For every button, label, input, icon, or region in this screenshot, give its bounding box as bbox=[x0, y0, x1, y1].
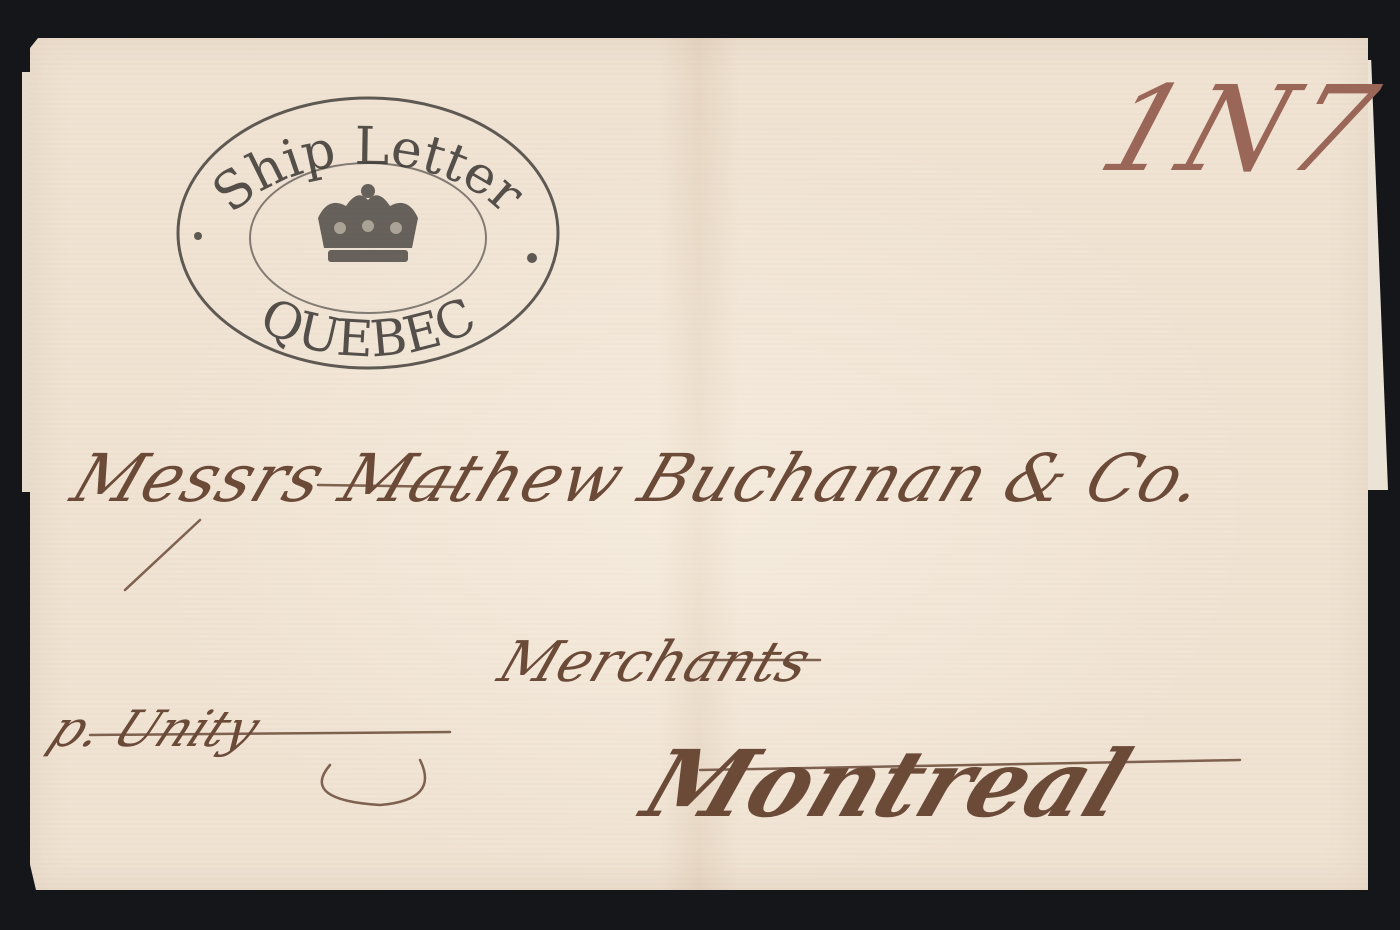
crown-icon bbox=[318, 184, 418, 262]
ship-letter-quebec-handstamp: Ship Letter QUEBEC bbox=[168, 88, 568, 378]
address-occupation: Merchants bbox=[490, 630, 819, 695]
addressee-text: Messrs Mathew Buchanan & Co. bbox=[62, 440, 1216, 517]
photo-stage: Ship Letter QUEBEC 1N7 Messrs Mathew Buc… bbox=[0, 0, 1400, 930]
ship-endorsement: p. Unity bbox=[40, 700, 270, 758]
manuscript-rate-marking: 1N7 bbox=[1085, 60, 1395, 198]
addressee-name: Messrs Mathew Buchanan & Co. bbox=[62, 440, 1216, 517]
address-city: Montreal bbox=[630, 730, 1143, 838]
